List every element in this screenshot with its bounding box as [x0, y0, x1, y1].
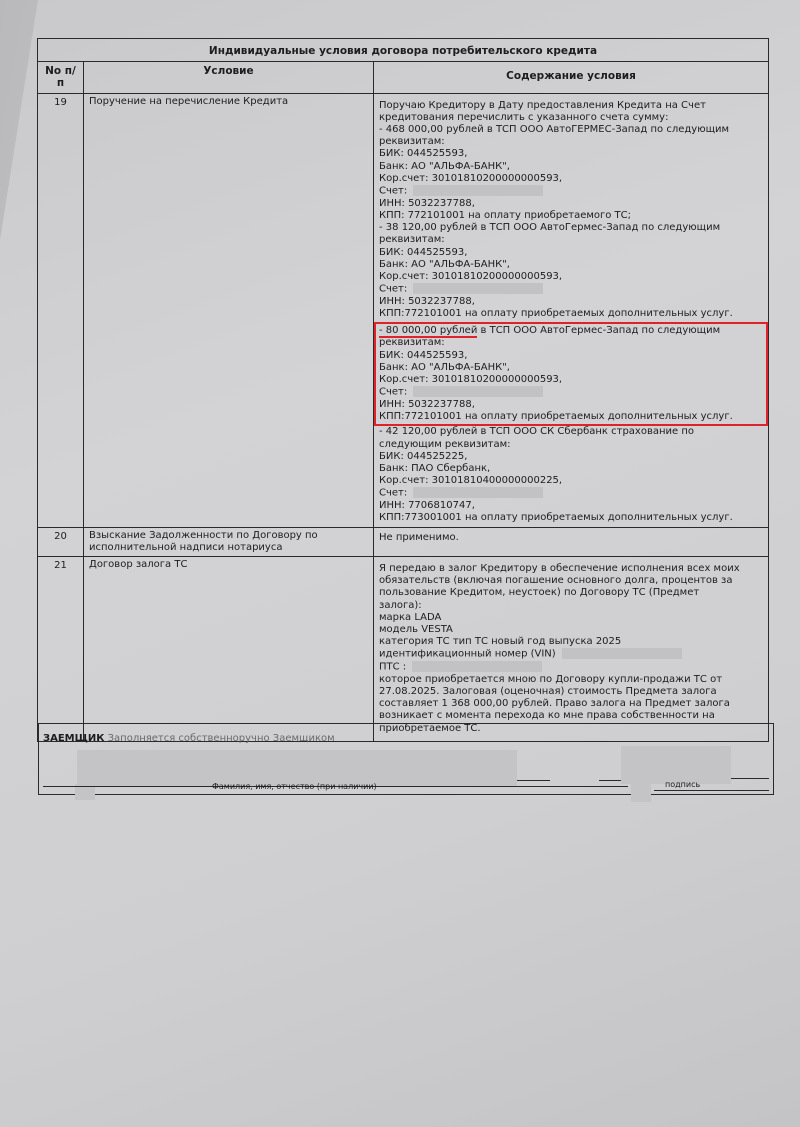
- highlighted-amount: - 80 000,00 рублей: [379, 325, 477, 338]
- content-line: ИНН: 5032237788,: [379, 296, 763, 308]
- signature-caption: подпись: [665, 780, 700, 789]
- content-line: Банк: АО "АЛЬФА-БАНК",: [379, 161, 763, 173]
- header-condition: Условие: [84, 62, 374, 93]
- content-line: КПП:772101001 на оплату приобретаемых до…: [379, 308, 763, 320]
- content-line: категория ТС тип ТС новый год выпуска 20…: [379, 636, 763, 648]
- content-line: составляет 1 368 000,00 рублей. Право за…: [379, 698, 763, 710]
- content-line: Кор.счет: 30101810200000000593,: [379, 173, 763, 185]
- row-condition: Взыскание Задолженности по Договору по и…: [84, 527, 374, 556]
- content-line: БИК: 044525593,: [379, 247, 763, 259]
- redacted-value: [562, 648, 682, 659]
- redacted-mark: [631, 784, 651, 802]
- content-line: - 468 000,00 рублей в ТСП ООО АвтоГЕРМЕС…: [379, 124, 763, 136]
- document-title: Индивидуальные условия договора потребит…: [38, 39, 769, 62]
- content-line: КПП:773001001 на оплату приобретаемых до…: [379, 512, 763, 524]
- content-line: Счет:: [379, 185, 763, 198]
- redacted-name: [77, 750, 517, 786]
- content-line: КПП: 772101001 на оплату приобретаемого …: [379, 210, 763, 222]
- content-line: обязательств (включая погашение основног…: [379, 575, 763, 587]
- content-line: Я передаю в залог Кредитору в обеспечени…: [379, 563, 763, 575]
- borrower-hint: Заполняется собственноручно Заемщиком: [108, 733, 335, 744]
- highlighted-transfer-block: - 80 000,00 рублей в ТСП ООО АвтоГермес-…: [374, 322, 768, 426]
- table-row: 20 Взыскание Задолженности по Договору п…: [38, 527, 769, 556]
- fio-caption: Фамилия, имя, отчество (при наличии): [212, 782, 377, 791]
- content-line: реквизитам:: [379, 136, 763, 148]
- borrower-label: ЗАЕМЩИК Заполняется собственноручно Заем…: [43, 733, 335, 744]
- header-content: Содержание условия: [374, 62, 769, 93]
- content-line: Поручаю Кредитору в Дату предоставления …: [379, 100, 763, 112]
- redacted-value: [413, 283, 543, 294]
- content-line: Банк: АО "АЛЬФА-БАНК",: [379, 362, 763, 374]
- date-line: [517, 780, 550, 781]
- content-line: 27.08.2025. Залоговая (оценочная) стоимо…: [379, 686, 763, 698]
- row-number: 21: [38, 556, 84, 741]
- content-line: Кор.счет: 30101810400000000225,: [379, 475, 763, 487]
- content-line: модель VESTA: [379, 624, 763, 636]
- content-line: Банк: ПАО Сбербанк,: [379, 463, 763, 475]
- content-line: следующим реквизитам:: [379, 439, 763, 451]
- redacted-value: [413, 185, 543, 196]
- content-line: Счет:: [379, 283, 763, 296]
- content-line: ПТС :: [379, 661, 763, 674]
- document-page: Индивидуальные условия договора потребит…: [0, 0, 800, 1127]
- table-row: 19 Поручение на перечисление Кредита Пор…: [38, 93, 769, 527]
- row-number: 19: [38, 93, 84, 527]
- content-line: БИК: 044525593,: [379, 350, 763, 362]
- header-number: No п/п: [38, 62, 84, 93]
- signature-line: [654, 790, 769, 791]
- content-line: пользование Кредитом, неустоек) по Догов…: [379, 587, 763, 599]
- content-line: Счет:: [379, 487, 763, 500]
- row-content: Я передаю в залог Кредитору в обеспечени…: [374, 556, 769, 741]
- content-line: Кор.счет: 30101810200000000593,: [379, 271, 763, 283]
- content-line: Кор.счет: 30101810200000000593,: [379, 374, 763, 386]
- redacted-value: [413, 386, 543, 397]
- table-row: 21 Договор залога ТС Я передаю в залог К…: [38, 556, 769, 741]
- date-line: [599, 780, 621, 781]
- content-line: ИНН: 5032237788,: [379, 399, 763, 411]
- transfer-block-main: Поручаю Кредитору в Дату предоставления …: [379, 100, 763, 321]
- row-number: 20: [38, 527, 84, 556]
- content-line: марка LADA: [379, 612, 763, 624]
- content-line: реквизитам:: [379, 337, 763, 349]
- content-line: залога):: [379, 600, 763, 612]
- pledge-text: Я передаю в залог Кредитору в обеспечени…: [379, 563, 763, 735]
- conditions-table: Индивидуальные условия договора потребит…: [37, 38, 769, 742]
- redacted-signature: [621, 746, 731, 784]
- content-line: - 38 120,00 рублей в ТСП ООО АвтоГермес-…: [379, 222, 763, 234]
- content-line: идентификационный номер (VIN): [379, 648, 763, 661]
- signature-line: [731, 778, 769, 779]
- row-condition: Поручение на перечисление Кредита: [84, 93, 374, 527]
- redacted-value: [413, 487, 543, 498]
- content-line: Банк: АО "АЛЬФА-БАНК",: [379, 259, 763, 271]
- row-content: Поручаю Кредитору в Дату предоставления …: [374, 93, 769, 527]
- content-line: кредитования перечислить с указанного сч…: [379, 112, 763, 124]
- content-line: которое приобретается мною по Договору к…: [379, 674, 763, 686]
- row-condition: Договор залога ТС: [84, 556, 374, 741]
- content-line: - 42 120,00 рублей в ТСП ООО СК Сбербанк…: [379, 426, 763, 438]
- borrower-signature-box: ЗАЕМЩИК Заполняется собственноручно Заем…: [38, 723, 774, 795]
- content-line: ИНН: 7706810747,: [379, 500, 763, 512]
- content-line: Счет:: [379, 386, 763, 399]
- content-line: БИК: 044525225,: [379, 451, 763, 463]
- content-line: ИНН: 5032237788,: [379, 198, 763, 210]
- content-line: КПП:772101001 на оплату приобретаемых до…: [379, 411, 763, 423]
- content-line: возникает с момента перехода ко мне прав…: [379, 710, 763, 722]
- row-content: Не применимо.: [374, 527, 769, 556]
- content-line: реквизитам:: [379, 234, 763, 246]
- transfer-block-insurance: - 42 120,00 рублей в ТСП ООО СК Сбербанк…: [379, 426, 763, 524]
- redacted-value: [412, 661, 542, 672]
- content-line: БИК: 044525593,: [379, 148, 763, 160]
